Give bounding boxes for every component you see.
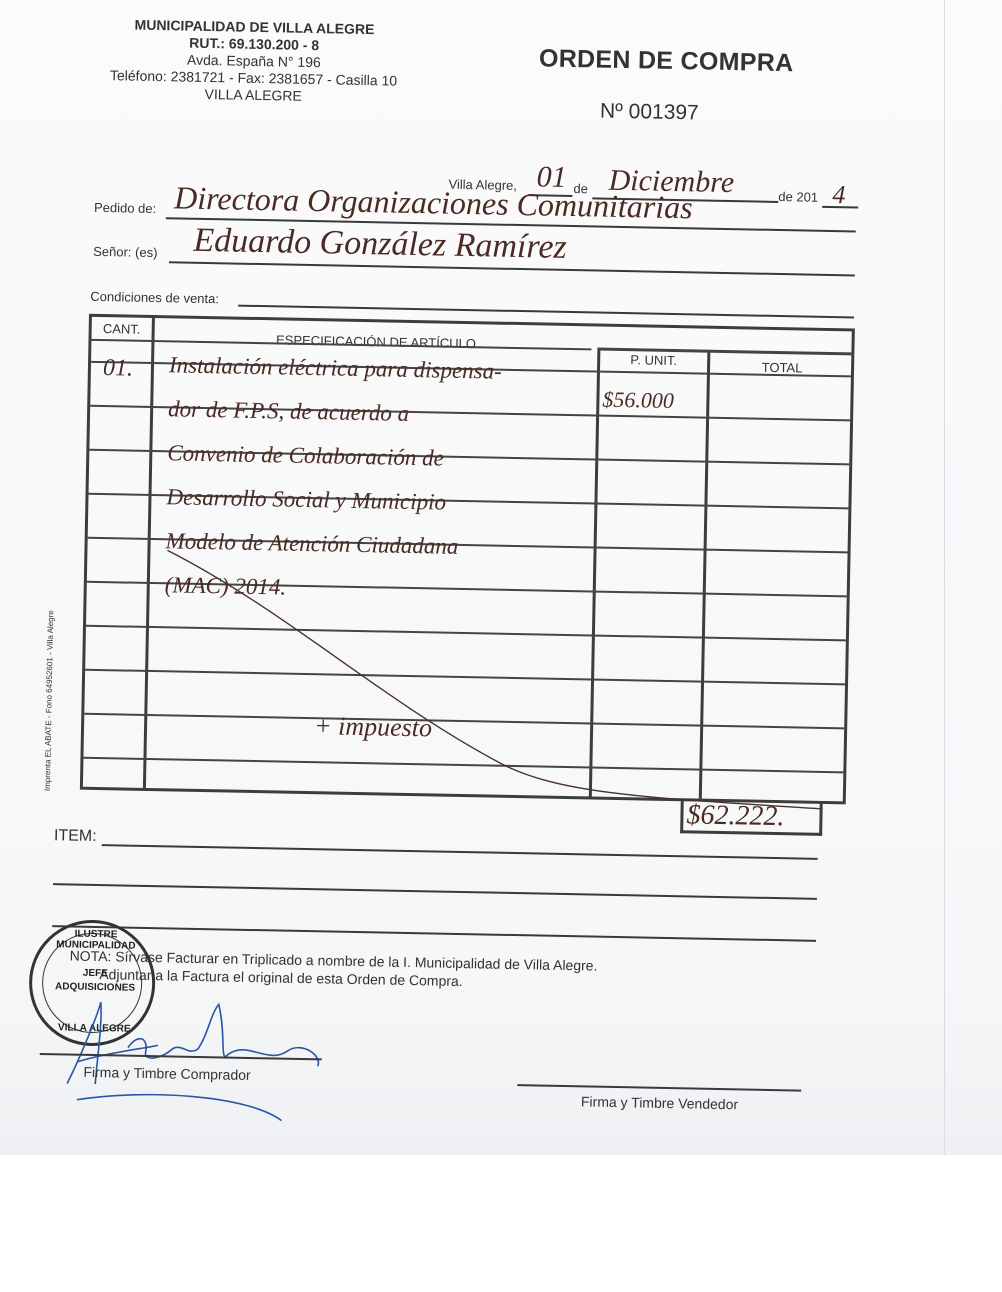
item-label: ITEM:: [54, 827, 97, 846]
purchase-order-form: MUNICIPALIDAD DE VILLA ALEGRE RUT.: 69.1…: [0, 0, 1002, 1174]
condiciones-label: Condiciones de venta:: [90, 289, 219, 306]
condiciones-line: [238, 305, 854, 318]
senor-label: Señor: (es): [93, 244, 158, 260]
items-table: CANT. ESPECIFICACIÓN DE ARTÍCULO P. UNIT…: [80, 314, 855, 805]
stamp-center-1: JEFE: [32, 966, 158, 981]
seller-signature-label: Firma y Timbre Vendedor: [581, 1093, 738, 1112]
cancel-curve-icon: [83, 317, 858, 812]
document-title: ORDEN DE COMPRA: [539, 44, 794, 78]
pedido-label: Pedido de:: [94, 200, 156, 216]
buyer-signature-label: Firma y Timbre Comprador: [83, 1064, 251, 1083]
tax-note: + impuesto: [314, 711, 432, 743]
item-line-2: [53, 883, 817, 899]
senor-value[interactable]: Eduardo González Ramírez: [193, 222, 567, 267]
seller-signature-line: [517, 1084, 801, 1091]
item-line-3: [52, 925, 816, 941]
total-value[interactable]: $62.222.: [686, 799, 785, 833]
item-line-1: [102, 844, 818, 859]
order-number: Nº 001397: [600, 100, 699, 126]
stamp-ring-top: ILUSTRE MUNICIPALIDAD: [47, 928, 145, 952]
order-number-value: 001397: [628, 100, 699, 124]
order-number-label: Nº: [600, 100, 623, 123]
date-year-label: de 201: [778, 189, 818, 205]
issuer-header: MUNICIPALIDAD DE VILLA ALEGRE RUT.: 69.1…: [73, 15, 435, 107]
date-year-digit[interactable]: 4: [832, 180, 846, 210]
printer-imprint: Imprenta EL ABATE - Fono 64952601 - Vill…: [43, 610, 55, 791]
